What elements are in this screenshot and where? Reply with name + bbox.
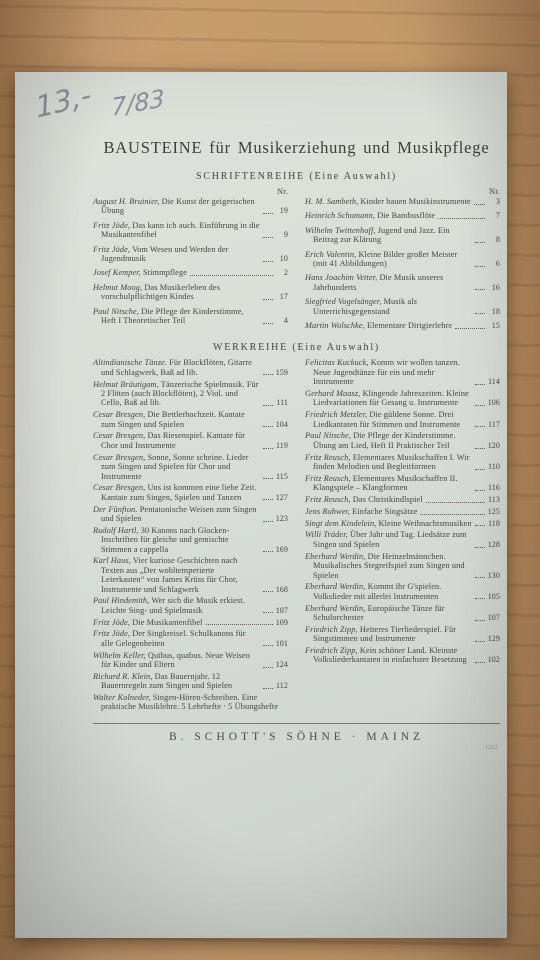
dot-leader (263, 612, 273, 613)
entry-author: Paul Nitsche, (93, 307, 139, 316)
entry-number: 125 (487, 507, 500, 516)
dot-leader (263, 645, 273, 646)
entry-text: Cesar Bresgen, Das Riesenspiel. Kantate … (93, 431, 260, 450)
werkreihe-heading: WERKREIHE (Eine Auswahl) (93, 342, 500, 353)
entry-author: Josef Kemper, (93, 268, 141, 277)
entry-author: Eberhard Werdin, (305, 552, 365, 561)
dot-leader (426, 502, 485, 503)
entry-author: Der Fünfton. (93, 505, 138, 514)
entry-title-text: Einfache Singsätze (350, 507, 417, 516)
entry-author: Erich Valentin, (305, 250, 356, 259)
entry-number: 3 (487, 197, 500, 206)
entry-number: 15 (487, 321, 500, 330)
entry-author: Felicitas Kuckuck, (305, 358, 369, 367)
entry-number: 119 (275, 441, 288, 450)
entry-text: Josef Kemper, Stimmpflege (93, 268, 187, 277)
dot-leader (475, 448, 485, 449)
entry-number: 129 (487, 634, 500, 643)
catalog-entry: Willi Träder, Über Jahr und Tag. Liedsät… (305, 530, 500, 549)
catalog-entry: Fritz Jöde, Das kann ich auch. Einführun… (93, 221, 288, 240)
entry-author: Altindianische Tänze. (93, 358, 167, 367)
catalog-entry: Josef Kemper, Stimmpflege 2 (93, 268, 288, 277)
publisher-imprint: B. SCHOTT'S SÖHNE · MAINZ (93, 731, 500, 743)
catalog-entry: Eberhard Werdin, Die Heinzelmännchen. Mu… (305, 552, 500, 580)
dot-leader (263, 448, 273, 449)
entry-number: 109 (275, 618, 288, 627)
entry-author: Siegfried Vogelsänger, (305, 297, 381, 306)
entry-text: Cesar Bresgen, Die Bettlerhochzeit. Kant… (93, 410, 260, 429)
entry-text: Fritz Jöde, Die Musikantenfibel (93, 618, 203, 627)
entry-number: 117 (487, 420, 500, 429)
wood-grain-top (0, 0, 540, 74)
catalog-entry: Cesar Bresgen, Sonne, Sonne scheine. Lie… (93, 453, 288, 481)
entry-text: Fritz Jöde, Das kann ich auch. Einführun… (93, 221, 260, 240)
entry-number: 169 (275, 545, 288, 554)
entry-text: Eberhard Werdin, Kommt ihr G'spielen. Vo… (305, 582, 472, 601)
entry-text: Der Fünfton. Pentatonische Weisen zum Si… (93, 505, 260, 524)
entry-text: Siegfried Vogelsänger, Musik als Unterri… (305, 297, 472, 316)
entry-number: 8 (487, 235, 500, 244)
entry-text: Heinrich Schumann, Die Bambusflöte (305, 211, 435, 220)
entry-number: 7 (487, 211, 500, 220)
catalog-entry: Wilhelm Keller, Quibus, quabus. Neue Wei… (93, 651, 288, 670)
entry-text: Karl Haus, Vier kuriose Geschichten nach… (93, 556, 260, 594)
entry-author: Richard R. Klein, (93, 672, 152, 681)
werkreihe-right-column: Felicitas Kuckuck, Komm wir wollen tanze… (305, 358, 500, 714)
entry-author: Cesar Bresgen, (93, 453, 145, 462)
entry-text: Richard R. Klein, Das Bauernjahr. 12 Bau… (93, 672, 260, 691)
entry-text: Paul Hindemith, Wer sich die Musik erkie… (93, 596, 260, 615)
entry-title-text: Die Musikantenfibel (130, 618, 203, 627)
entry-text: H. M. Sambeth, Kinder bauen Musikinstrum… (305, 197, 471, 206)
entry-number: 19 (275, 206, 288, 215)
catalog-entry: Felicitas Kuckuck, Komm wir wollen tanze… (305, 358, 500, 386)
entry-author: Willi Träder, (305, 530, 348, 539)
entry-title-text: Die Bambusflöte (375, 211, 435, 220)
entry-title-text: Kleine Weihnachtsmusiken (376, 519, 471, 528)
catalog-entry: Cesar Bresgen, Uns ist kommen eine liebe… (93, 483, 288, 502)
entry-number: 115 (275, 472, 288, 481)
entry-author: Friedrich Zipp, (305, 646, 358, 655)
catalog-entry: Fritz Reusch, Das Christkindlspiel 113 (305, 495, 500, 504)
catalog-entry: Rudolf Hartl, 30 Kanons nach Glocken-Ins… (93, 526, 288, 554)
dot-leader (263, 688, 273, 689)
dot-leader (475, 242, 485, 243)
entry-author: Friedrich Metzler, (305, 410, 367, 419)
catalog-entry: Walter Kolneder, Singen-Hören-Schreiben.… (93, 693, 288, 712)
dot-leader (263, 299, 273, 300)
catalog-entry: Fritz Reusch, Elementares Musikschaffen … (305, 453, 500, 472)
entry-number: 130 (487, 571, 500, 580)
entry-number: 2 (275, 268, 288, 277)
dot-leader (474, 204, 485, 205)
entry-author: Singt dem Kindelein, (305, 519, 376, 528)
entry-number: 112 (275, 681, 288, 690)
entry-author: Helmut Bräutigam, (93, 380, 159, 389)
entry-title-text: Kinder bauen Musikinstrumente (358, 197, 470, 206)
dot-leader (475, 525, 485, 526)
catalog-page: 13,- 7/83 BAUSTEINE für Musikerziehung u… (15, 72, 507, 938)
entry-author: Hans Joachim Vetter, (305, 273, 377, 282)
schriftenreihe-right-column: Nr. H. M. Sambeth, Kinder bauen Musikins… (305, 187, 500, 335)
catalog-entry: Altindianische Tänze. Für Blockflöten, G… (93, 358, 288, 377)
dot-leader (475, 289, 485, 290)
entry-author: Fritz Reusch, (305, 474, 351, 483)
catalog-entry: Siegfried Vogelsänger, Musik als Unterri… (305, 297, 500, 316)
entry-number: 18 (487, 307, 500, 316)
dot-leader (475, 577, 485, 578)
catalog-entry: Cesar Bresgen, Das Riesenspiel. Kantate … (93, 431, 288, 450)
entry-author: Wilhelm Twittenhoff, (305, 226, 376, 235)
entry-text: Eberhard Werdin, Europäische Tänze für S… (305, 604, 472, 623)
entry-number: 101 (275, 639, 288, 648)
dot-leader (263, 591, 273, 592)
entry-author: Fritz Reusch, (305, 495, 351, 504)
entry-text: Helmut Bräutigam, Tänzerische Spielmusik… (93, 380, 260, 408)
entry-text: Martin Wolschke, Elementare Dirigierlehr… (305, 321, 452, 330)
entry-number: 113 (487, 495, 500, 504)
entry-author: Paul Hindemith, (93, 596, 149, 605)
entry-author: Eberhard Werdin, (305, 604, 365, 613)
entry-number: 159 (275, 368, 288, 377)
catalog-entry: Helmut Moog, Das Musikerleben des vorsch… (93, 283, 288, 302)
entry-text: Friedrich Metzler, Die güldene Sonne. Dr… (305, 410, 472, 429)
entry-author: Fritz Jöde, (93, 618, 130, 627)
entry-author: Fritz Reusch, (305, 453, 351, 462)
entry-text: Walter Kolneder, Singen-Hören-Schreiben.… (93, 693, 288, 712)
catalog-entry: Eberhard Werdin, Europäische Tänze für S… (305, 604, 500, 623)
catalog-entry: Richard R. Klein, Das Bauernjahr. 12 Bau… (93, 672, 288, 691)
catalog-entry: Friedrich Metzler, Die güldene Sonne. Dr… (305, 410, 500, 429)
entry-text: Paul Nitsche, Die Pflege der Kinderstimm… (93, 307, 260, 326)
entry-author: Helmut Moog, (93, 283, 142, 292)
entry-text: Cesar Bresgen, Sonne, Sonne scheine. Lie… (93, 453, 260, 481)
dot-leader (455, 328, 485, 329)
dot-leader (263, 405, 273, 406)
catalog-entry: Fritz Reusch, Elementares Musikschaffen … (305, 474, 500, 493)
entry-author: H. M. Sambeth, (305, 197, 358, 206)
entry-text: Rudolf Hartl, 30 Kanons nach Glocken-Ins… (93, 526, 260, 554)
dot-leader (263, 521, 273, 522)
entry-number: 6 (487, 259, 500, 268)
catalog-entry: Karl Haus, Vier kuriose Geschichten nach… (93, 556, 288, 594)
entry-author: Friedrich Zipp, (305, 625, 358, 634)
entry-number: 17 (275, 292, 288, 301)
entry-text: Fritz Reusch, Elementares Musikschaffen … (305, 453, 472, 472)
catalog-entry: Cesar Bresgen, Die Bettlerhochzeit. Kant… (93, 410, 288, 429)
schriftenreihe-columns: Nr. August H. Bruinier, Die Kunst der ge… (93, 187, 500, 335)
entry-text: Wilhelm Twittenhoff, Jugend und Jazz. Ei… (305, 226, 472, 245)
dot-leader (475, 405, 485, 406)
dot-leader (263, 237, 273, 238)
catalog-entry: Gerhard Maasz, Klingende Jahreszeiten. K… (305, 389, 500, 408)
entry-title-text: Das Christkindlspiel (351, 495, 423, 504)
entry-number: 111 (275, 398, 288, 407)
dot-leader (190, 275, 273, 276)
dot-leader (263, 323, 273, 324)
dot-leader (263, 551, 273, 552)
entry-author: Fritz Jöde, (93, 629, 130, 638)
catalog-entry: Erich Valentin, Kleine Bilder großer Mei… (305, 250, 500, 269)
dot-leader (475, 620, 485, 621)
entry-number: 107 (487, 613, 500, 622)
entry-text: August H. Bruinier, Die Kunst der geiger… (93, 197, 260, 216)
catalog-entry: Paul Nitsche, Die Pflege der Kinderstimm… (93, 307, 288, 326)
dot-leader (263, 667, 273, 668)
entry-text: Erich Valentin, Kleine Bilder großer Mei… (305, 250, 472, 269)
entry-title-text: Elementare Dirigierlehre (365, 321, 452, 330)
dot-leader (420, 514, 485, 515)
dot-leader (263, 213, 273, 214)
entry-author: Jens Rohwer, (305, 507, 350, 516)
entry-number: 9 (275, 230, 288, 239)
entry-text: Cesar Bresgen, Uns ist kommen eine liebe… (93, 483, 260, 502)
catalog-entry: Jens Rohwer, Einfache Singsätze 125 (305, 507, 500, 516)
catalog-entry: Hans Joachim Vetter, Die Musik unseres J… (305, 273, 500, 292)
werkreihe-left-column: Altindianische Tänze. Für Blockflöten, G… (93, 358, 288, 714)
dot-leader (475, 313, 485, 314)
entry-text: Singt dem Kindelein, Kleine Weihnachtsmu… (305, 519, 472, 528)
entry-text: Helmut Moog, Das Musikerleben des vorsch… (93, 283, 260, 302)
catalog-entry: Helmut Bräutigam, Tänzerische Spielmusik… (93, 380, 288, 408)
entry-number: 116 (487, 483, 500, 492)
nr-column-header: Nr. (305, 187, 500, 196)
dot-leader (475, 641, 485, 642)
catalog-entry: Paul Nitsche, Die Pflege der Kinderstimm… (305, 431, 500, 450)
dot-leader (263, 478, 273, 479)
entry-number: 102 (487, 655, 500, 664)
dot-leader (438, 218, 485, 219)
handwritten-price: 13,- (33, 77, 93, 125)
entry-number: 16 (487, 283, 500, 292)
entry-number: 4 (275, 316, 288, 325)
dot-leader (475, 547, 485, 548)
catalog-entry: August H. Bruinier, Die Kunst der geiger… (93, 197, 288, 216)
catalog-entry: Heinrich Schumann, Die Bambusflöte 7 (305, 211, 500, 220)
entry-author: Cesar Bresgen, (93, 431, 145, 440)
dot-leader (475, 426, 485, 427)
dot-leader (263, 374, 273, 375)
catalog-entry: Eberhard Werdin, Kommt ihr G'spielen. Vo… (305, 582, 500, 601)
dot-leader (263, 426, 273, 427)
dot-leader (475, 469, 485, 470)
entry-number: 104 (275, 420, 288, 429)
entry-text: Gerhard Maasz, Klingende Jahreszeiten. K… (305, 389, 472, 408)
entry-author: Wilhelm Keller, (93, 651, 146, 660)
entry-author: Fritz Jöde, (93, 221, 130, 230)
catalog-entry: Fritz Jöde, Die Musikantenfibel 109 (93, 618, 288, 627)
entry-author: Karl Haus, (93, 556, 131, 565)
dot-leader (475, 662, 485, 663)
catalog-entry: Der Fünfton. Pentatonische Weisen zum Si… (93, 505, 288, 524)
catalog-entry: Wilhelm Twittenhoff, Jugend und Jazz. Ei… (305, 226, 500, 245)
entry-text: Friedrich Zipp, Kein schöner Land. Klein… (305, 646, 472, 665)
entry-author: Rudolf Hartl, (93, 526, 139, 535)
footer-rule (93, 723, 500, 724)
entry-author: Paul Nitsche, (305, 431, 351, 440)
entry-text: Willi Träder, Über Jahr und Tag. Liedsät… (305, 530, 472, 549)
dot-leader (475, 384, 485, 385)
catalog-entry: Fritz Jöde, Vom Wesen und Werden der Jug… (93, 245, 288, 264)
dot-leader (475, 490, 485, 491)
entry-text: Altindianische Tänze. Für Blockflöten, G… (93, 358, 260, 377)
entry-number: 106 (487, 398, 500, 407)
entry-number: 107 (275, 606, 288, 615)
entry-title-text: Stimmpflege (141, 268, 187, 277)
entry-text: Paul Nitsche, Die Pflege der Kinderstimm… (305, 431, 472, 450)
entry-number: 118 (487, 519, 500, 528)
nr-column-header: Nr. (93, 187, 288, 196)
entry-author: Heinrich Schumann, (305, 211, 375, 220)
catalog-entry: Friedrich Zipp, Heiteres Tierliederspiel… (305, 625, 500, 644)
entry-number: 110 (487, 462, 500, 471)
dot-leader (263, 261, 273, 262)
entry-author: Eberhard Werdin, (305, 582, 365, 591)
entry-text: Felicitas Kuckuck, Komm wir wollen tanze… (305, 358, 472, 386)
entry-number: 127 (275, 493, 288, 502)
catalog-entry: Paul Hindemith, Wer sich die Musik erkie… (93, 596, 288, 615)
print-code: 1262 (93, 744, 500, 751)
dot-leader (263, 499, 273, 500)
entry-author: Cesar Bresgen, (93, 410, 145, 419)
entry-number: 123 (275, 514, 288, 523)
entry-author: Cesar Bresgen, (93, 483, 145, 492)
schriftenreihe-left-column: Nr. August H. Bruinier, Die Kunst der ge… (93, 187, 288, 335)
entry-text: Wilhelm Keller, Quibus, quabus. Neue Wei… (93, 651, 260, 670)
entry-text: Fritz Reusch, Das Christkindlspiel (305, 495, 423, 504)
catalog-entry: Martin Wolschke, Elementare Dirigierlehr… (305, 321, 500, 330)
entry-text: Jens Rohwer, Einfache Singsätze (305, 507, 417, 516)
entry-author: Gerhard Maasz, (305, 389, 360, 398)
entry-number: 105 (487, 592, 500, 601)
catalog-entry: H. M. Sambeth, Kinder bauen Musikinstrum… (305, 197, 500, 206)
entry-text: Fritz Jöde, Der Singkreisel. Schulkanons… (93, 629, 260, 648)
entry-text: Eberhard Werdin, Die Heinzelmännchen. Mu… (305, 552, 472, 580)
entry-number: 120 (487, 441, 500, 450)
entry-number: 168 (275, 585, 288, 594)
dot-leader (206, 624, 273, 625)
dot-leader (475, 598, 485, 599)
catalog-entry: Fritz Jöde, Der Singkreisel. Schulkanons… (93, 629, 288, 648)
entry-text: Fritz Reusch, Elementares Musikschaffen … (305, 474, 472, 493)
entry-text: Fritz Jöde, Vom Wesen und Werden der Jug… (93, 245, 260, 264)
catalog-entry: Singt dem Kindelein, Kleine Weihnachtsmu… (305, 519, 500, 528)
dot-leader (475, 266, 485, 267)
entry-author: Fritz Jöde, (93, 245, 130, 254)
entry-number: 10 (275, 254, 288, 263)
entry-text: Hans Joachim Vetter, Die Musik unseres J… (305, 273, 472, 292)
entry-number: 128 (487, 540, 500, 549)
page-content: BAUSTEINE für Musikerziehung und Musikpf… (93, 72, 500, 751)
schriftenreihe-heading: SCHRIFTENREIHE (Eine Auswahl) (93, 171, 500, 182)
entry-number: 114 (487, 377, 500, 386)
entry-number: 124 (275, 660, 288, 669)
page-title: BAUSTEINE für Musikerziehung und Musikpf… (93, 138, 500, 158)
werkreihe-columns: Altindianische Tänze. Für Blockflöten, G… (93, 358, 500, 714)
entry-author: Martin Wolschke, (305, 321, 365, 330)
entry-author: Walter Kolneder, (93, 693, 151, 702)
catalog-entry: Friedrich Zipp, Kein schöner Land. Klein… (305, 646, 500, 665)
entry-author: August H. Bruinier, (93, 197, 159, 206)
entry-text: Friedrich Zipp, Heiteres Tierliederspiel… (305, 625, 472, 644)
